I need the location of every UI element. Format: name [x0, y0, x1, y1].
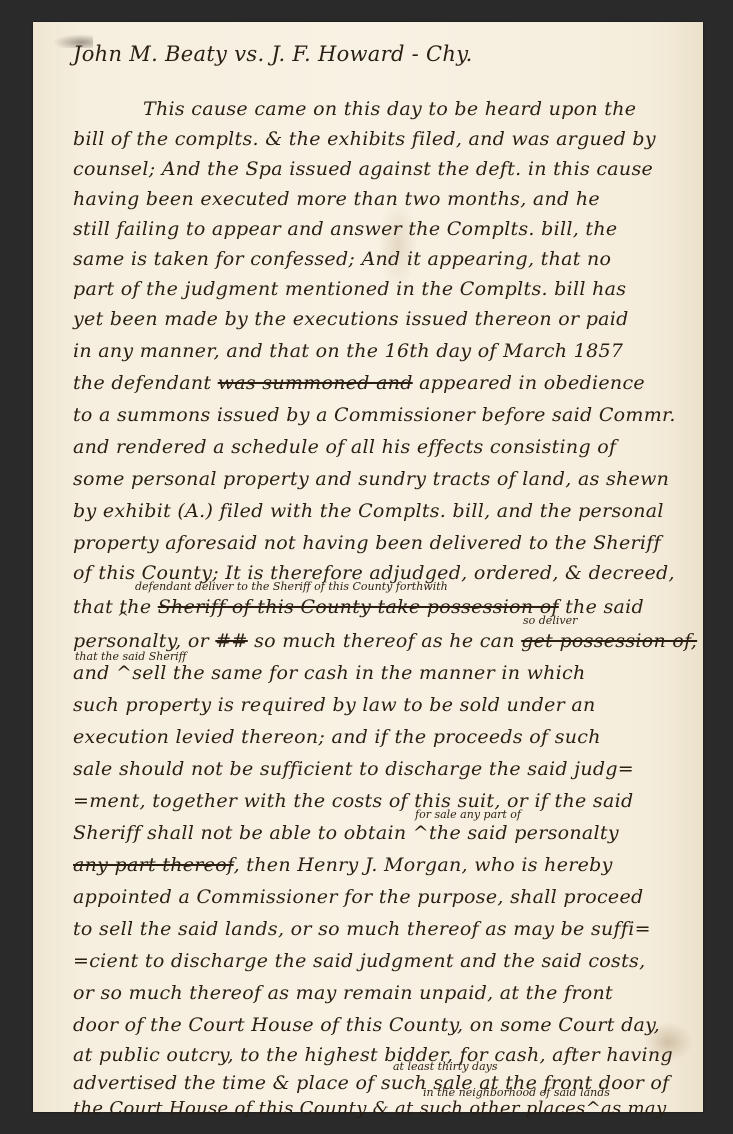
text-line: at public outcry, to the highest bidder,… — [73, 1044, 673, 1066]
text-line: yet been made by the executions issued t… — [73, 308, 629, 330]
text-line: This cause came on this day to be heard … — [143, 98, 636, 120]
insertion-caret-icon: ^ — [586, 1098, 601, 1119]
text-line: part of the judgment mentioned in the Co… — [73, 278, 626, 300]
text-fragment: Sheriff shall not be able to obtain — [73, 822, 406, 844]
text-line: execution levied thereon; and if the pro… — [73, 726, 601, 748]
text-line: to sell the said lands, or so much there… — [73, 918, 651, 940]
text-line: =cient to discharge the said judgment an… — [73, 950, 645, 972]
text-fragment: , then Henry J. Morgan, who is hereby — [234, 854, 613, 876]
text-line: any part thereof, then Henry J. Morgan, … — [73, 854, 613, 876]
text-line: by exhibit (A.) filed with the Complts. … — [73, 500, 664, 522]
struck-text: was summoned and — [218, 372, 413, 394]
text-line: sale should not be sufficient to dischar… — [73, 758, 634, 780]
text-line: bill of the complts. & the exhibits file… — [73, 128, 656, 150]
text-line: counsel; And the Spa issued against the … — [73, 158, 653, 180]
text-line: and ^sell the same for cash in the manne… — [73, 662, 586, 684]
insertion-caret-icon: ^ — [117, 610, 129, 626]
text-fragment: the said personalty — [429, 822, 619, 844]
text-line: to a summons issued by a Commissioner be… — [73, 404, 676, 426]
text-fragment: so much thereof as he can — [254, 630, 515, 652]
text-line: still failing to appear and answer the C… — [73, 218, 617, 240]
interlinear-insertion: for sale any part of — [415, 808, 521, 821]
text-line: appointed a Commissioner for the purpose… — [73, 886, 643, 908]
text-fragment: sell the same for cash in the manner in … — [132, 662, 585, 684]
insertion-caret-icon: ^ — [116, 662, 132, 684]
text-line: personalty, or ## so much thereof as he … — [73, 630, 697, 652]
text-line: or so much thereof as may remain unpaid,… — [73, 982, 613, 1004]
interlinear-insertion: defendant deliver to the Sheriff of this… — [135, 580, 448, 593]
water-stain — [378, 200, 418, 290]
text-line: such property is required by law to be s… — [73, 694, 596, 716]
text-line: in any manner, and that on the 16th day … — [73, 340, 623, 362]
text-line: the defendant was summoned and appeared … — [73, 372, 645, 394]
text-line: same is taken for confessed; And it appe… — [73, 248, 611, 270]
text-line: property aforesaid not having been deliv… — [73, 532, 661, 554]
struck-text: Sheriff of this County take possession o… — [158, 596, 559, 618]
insertion-caret-icon: ^ — [413, 822, 429, 844]
text-line: Sheriff shall not be able to obtain ^the… — [73, 822, 619, 844]
text-line: some personal property and sundry tracts… — [73, 468, 669, 490]
struck-text: get possession of, — [521, 630, 697, 652]
text-fragment: the defendant — [73, 372, 211, 394]
text-fragment: appeared in obedience — [419, 372, 645, 394]
text-fragment: that the — [73, 596, 151, 618]
struck-text: ## — [215, 630, 247, 652]
text-fragment: as may — [601, 1098, 666, 1119]
text-fragment: and — [73, 662, 110, 684]
struck-text: any part thereof — [73, 854, 234, 876]
text-fragment: personalty, or — [73, 630, 209, 652]
text-line: and rendered a schedule of all his effec… — [73, 436, 616, 458]
interlinear-insertion: so deliver — [523, 614, 577, 627]
document-title: John M. Beaty vs. J. F. Howard - Chy. — [73, 42, 473, 66]
text-line: door of the Court House of this County, … — [73, 1014, 660, 1036]
text-line: having been executed more than two month… — [73, 188, 600, 210]
text-line: =ment, together with the costs of this s… — [73, 790, 633, 812]
manuscript-page: John M. Beaty vs. J. F. Howard - Chy. Th… — [33, 22, 703, 1112]
